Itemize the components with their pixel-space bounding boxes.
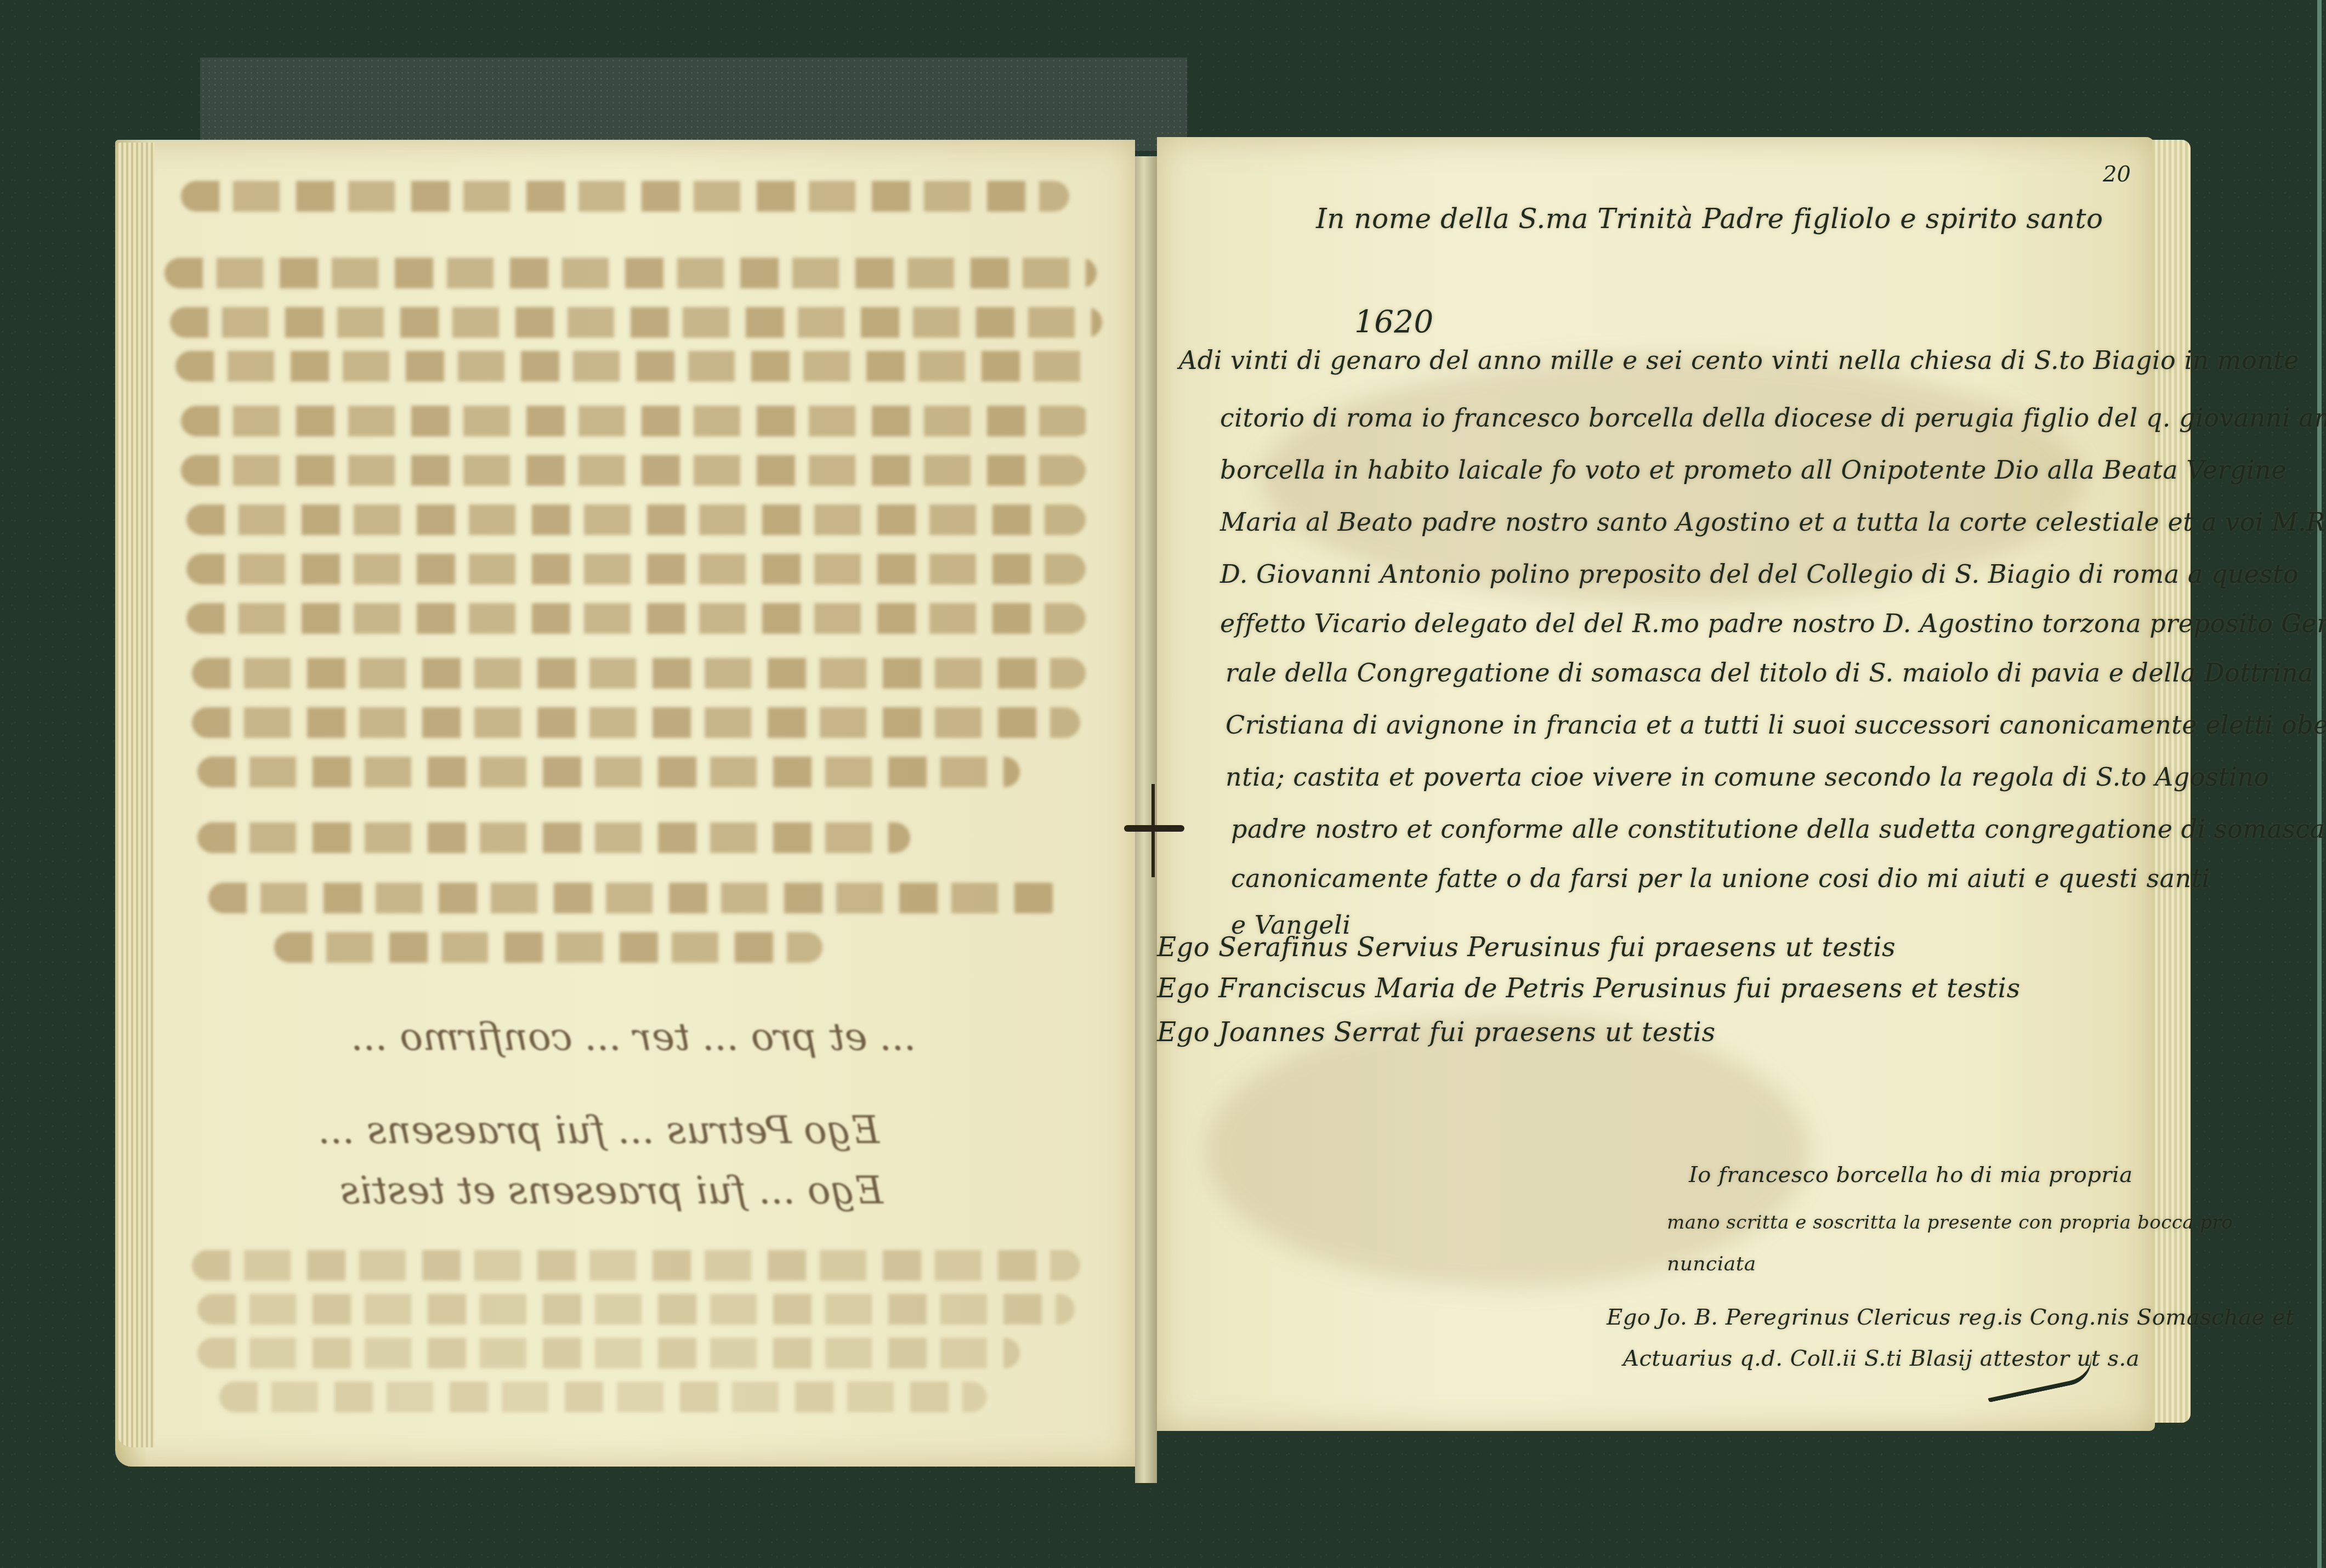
- bleed-line: [175, 351, 1097, 382]
- text-line: effetto Vicario delegato del del R.mo pa…: [1220, 609, 2326, 638]
- bleed-line: [197, 1294, 1075, 1325]
- text-line: Maria al Beato padre nostro santo Agosti…: [1220, 507, 2326, 537]
- year-heading: 1620: [1354, 304, 1434, 340]
- text-line: padre nostro et conforme alle constituti…: [1231, 814, 2325, 844]
- foam-support-block: [200, 58, 1187, 151]
- bleed-line: [208, 883, 1064, 913]
- invocation-heading: In nome della S.ma Trinità Padre figliol…: [1316, 203, 2103, 235]
- witness-signature: Ego Joannes Serrat fui praesens ut testi…: [1157, 1017, 1716, 1048]
- bleed-line: [197, 1338, 1020, 1368]
- bleed-line: [164, 258, 1097, 288]
- declaration-line: Io francesco borcella ho di mia propria: [1689, 1162, 2133, 1188]
- text-line: Adi vinti di genaro del anno mille e sei…: [1179, 345, 2299, 375]
- left-page-fore-edge: [116, 143, 155, 1447]
- text-line: canonicamente fatte o da farsi per la un…: [1231, 863, 2210, 893]
- text-line: citorio di roma io francesco borcella de…: [1220, 403, 2326, 433]
- text-line: rale della Congregatione di somasca del …: [1226, 658, 2313, 688]
- text-line: ntia; castita et poverta cioe vivere in …: [1226, 762, 2270, 792]
- bleed-line: [192, 658, 1086, 689]
- attestation-line: Ego Jo. B. Peregrinus Clericus reg.is Co…: [1607, 1305, 2295, 1330]
- bleed-line: [181, 181, 1069, 212]
- bleed-line: [197, 822, 910, 853]
- witness-signature: Ego Serafinus Servius Perusinus fui prae…: [1157, 932, 1896, 963]
- bleed-ink-line: Ego Petrus ... fui praesens ...: [318, 1107, 880, 1152]
- bleed-line: [186, 603, 1086, 634]
- bleed-line: [197, 757, 1020, 787]
- bleed-line: [192, 707, 1080, 738]
- declaration-line: mano scritta e soscritta la presente con…: [1667, 1212, 2233, 1234]
- text-line: borcella in habito laicale fo voto et pr…: [1220, 455, 2287, 485]
- bleed-line: [170, 307, 1102, 338]
- folio-number: 20: [2103, 162, 2131, 187]
- glass-plate-edge: [2317, 0, 2322, 1568]
- bleed-line: [181, 455, 1086, 486]
- bleed-line: [181, 406, 1091, 436]
- declaration-line: nunciata: [1667, 1253, 1756, 1275]
- bleed-ink-line: ... et pro ... ter ... confirmo ...: [351, 1014, 916, 1059]
- bleed-line: [192, 1250, 1080, 1281]
- cross-mark-icon: [1124, 784, 1184, 877]
- bleed-line: [186, 554, 1086, 584]
- bleed-ink-line: Ego ... fui praesens et testis: [340, 1168, 883, 1213]
- paper-stain: [1206, 1014, 1809, 1288]
- bleed-line: [186, 504, 1086, 535]
- text-line: D. Giovanni Antonio polino preposito del…: [1220, 559, 2299, 589]
- bleed-line: [219, 1382, 987, 1412]
- bleed-line: [274, 932, 822, 963]
- text-line: Cristiana di avignone in francia et a tu…: [1226, 710, 2326, 740]
- witness-signature: Ego Franciscus Maria de Petris Perusinus…: [1157, 973, 2021, 1004]
